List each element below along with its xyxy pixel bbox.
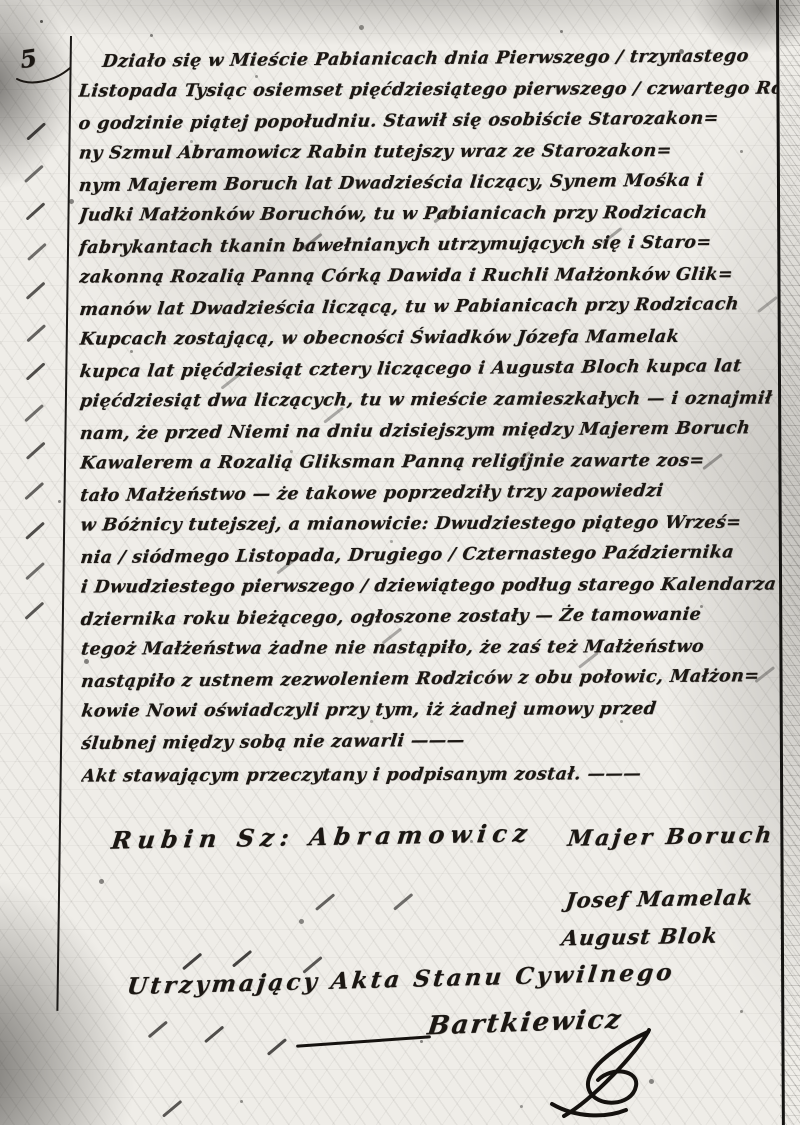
bottom-hatch-strokes	[182, 953, 202, 970]
record-text-line: Kupcach zostającą, w obecności Świadków …	[78, 321, 782, 355]
record-text-line: dziernika roku bieżącego, ogłoszone zost…	[79, 599, 783, 636]
record-text-line: ny Szmul Abramowicz Rabin tutejszy wraz …	[77, 135, 781, 169]
scanned-record-page: 5 Działo się w Mieście Pabianicach dnia …	[0, 0, 800, 1125]
signature-flourish	[548, 1028, 678, 1123]
record-text-line: w Bóżnicy tutejszej, a mianowicie: Dwudz…	[79, 507, 783, 541]
record-text-line: kowie Nowi oświadczyli przy tym, iż żadn…	[79, 693, 783, 727]
left-margin-rule-line	[56, 36, 72, 1011]
margin-hatch-strokes	[26, 122, 46, 140]
record-text-line: Listopada Tysiąc osiemset pięćdziesiąteg…	[77, 73, 781, 107]
signature-majer-boruch: Majer Boruch	[566, 822, 776, 852]
registrar-closing-line: Utrzymający Akta Stanu Cywilnego	[126, 959, 677, 1000]
record-text-line: Judki Małżonków Boruchów, tu w Pabianica…	[77, 197, 781, 231]
signature-august-blok: August Blok	[560, 923, 719, 951]
record-text-line: nym Majerem Boruch lat Dwadzieścia liczą…	[77, 165, 781, 202]
record-body-text: Działo się w Mieście Pabianicach dnia Pi…	[78, 42, 781, 792]
record-text-line: nam, że przed Niemi na dniu dzisiejszym …	[78, 413, 782, 450]
record-text-line: nia / siódmego Listopada, Drugiego / Czt…	[79, 537, 783, 574]
record-text-line: Kawalerem a Rozalią Gliksman Panną relig…	[78, 445, 782, 479]
record-text-line: tegoż Małżeństwa żadne nie nastąpiło, że…	[79, 631, 783, 665]
record-text-line: kupca lat pięćdziesiąt cztery liczącego …	[78, 351, 782, 388]
record-text-line: Akt stawającym przeczytany i podpisanym …	[80, 758, 784, 792]
record-text-line: ślubnej między sobą nie zawarli ———	[79, 723, 783, 760]
record-text-line: fabrykantach tkanin bawełnianych utrzymu…	[77, 227, 781, 264]
signature-lead-in-dash	[296, 1035, 431, 1047]
record-text-line: pięćdziesiąt dwa liczących, tu w mieście…	[78, 383, 782, 417]
record-text-line: tało Małżeństwo — że takowe poprzedziły …	[78, 475, 782, 512]
act-number-swash	[14, 64, 76, 86]
paper-speckle-noise	[40, 20, 43, 23]
record-text-line: zakonną Rozalią Panną Córką Dawida i Ruc…	[78, 259, 782, 293]
signature-josef-mamelak: Josef Mamelak	[564, 884, 755, 912]
signature-rubin-abramowicz: Rubin Sz: Abramowicz	[110, 818, 535, 854]
record-text-line: o godzinie piątej popołudniu. Stawił się…	[77, 103, 781, 140]
right-scan-edge-noise	[780, 0, 800, 1125]
record-text-line: Działo się w Mieście Pabianicach dnia Pi…	[76, 41, 780, 78]
record-text-line: i Dwudziestego pierwszego / dziewiątego …	[79, 569, 783, 603]
record-text-line: manów lat Dwadzieścia liczącą, tu w Pabi…	[78, 289, 782, 326]
record-text-line: nastąpiło z ustnem zezwoleniem Rodziców …	[79, 661, 783, 698]
